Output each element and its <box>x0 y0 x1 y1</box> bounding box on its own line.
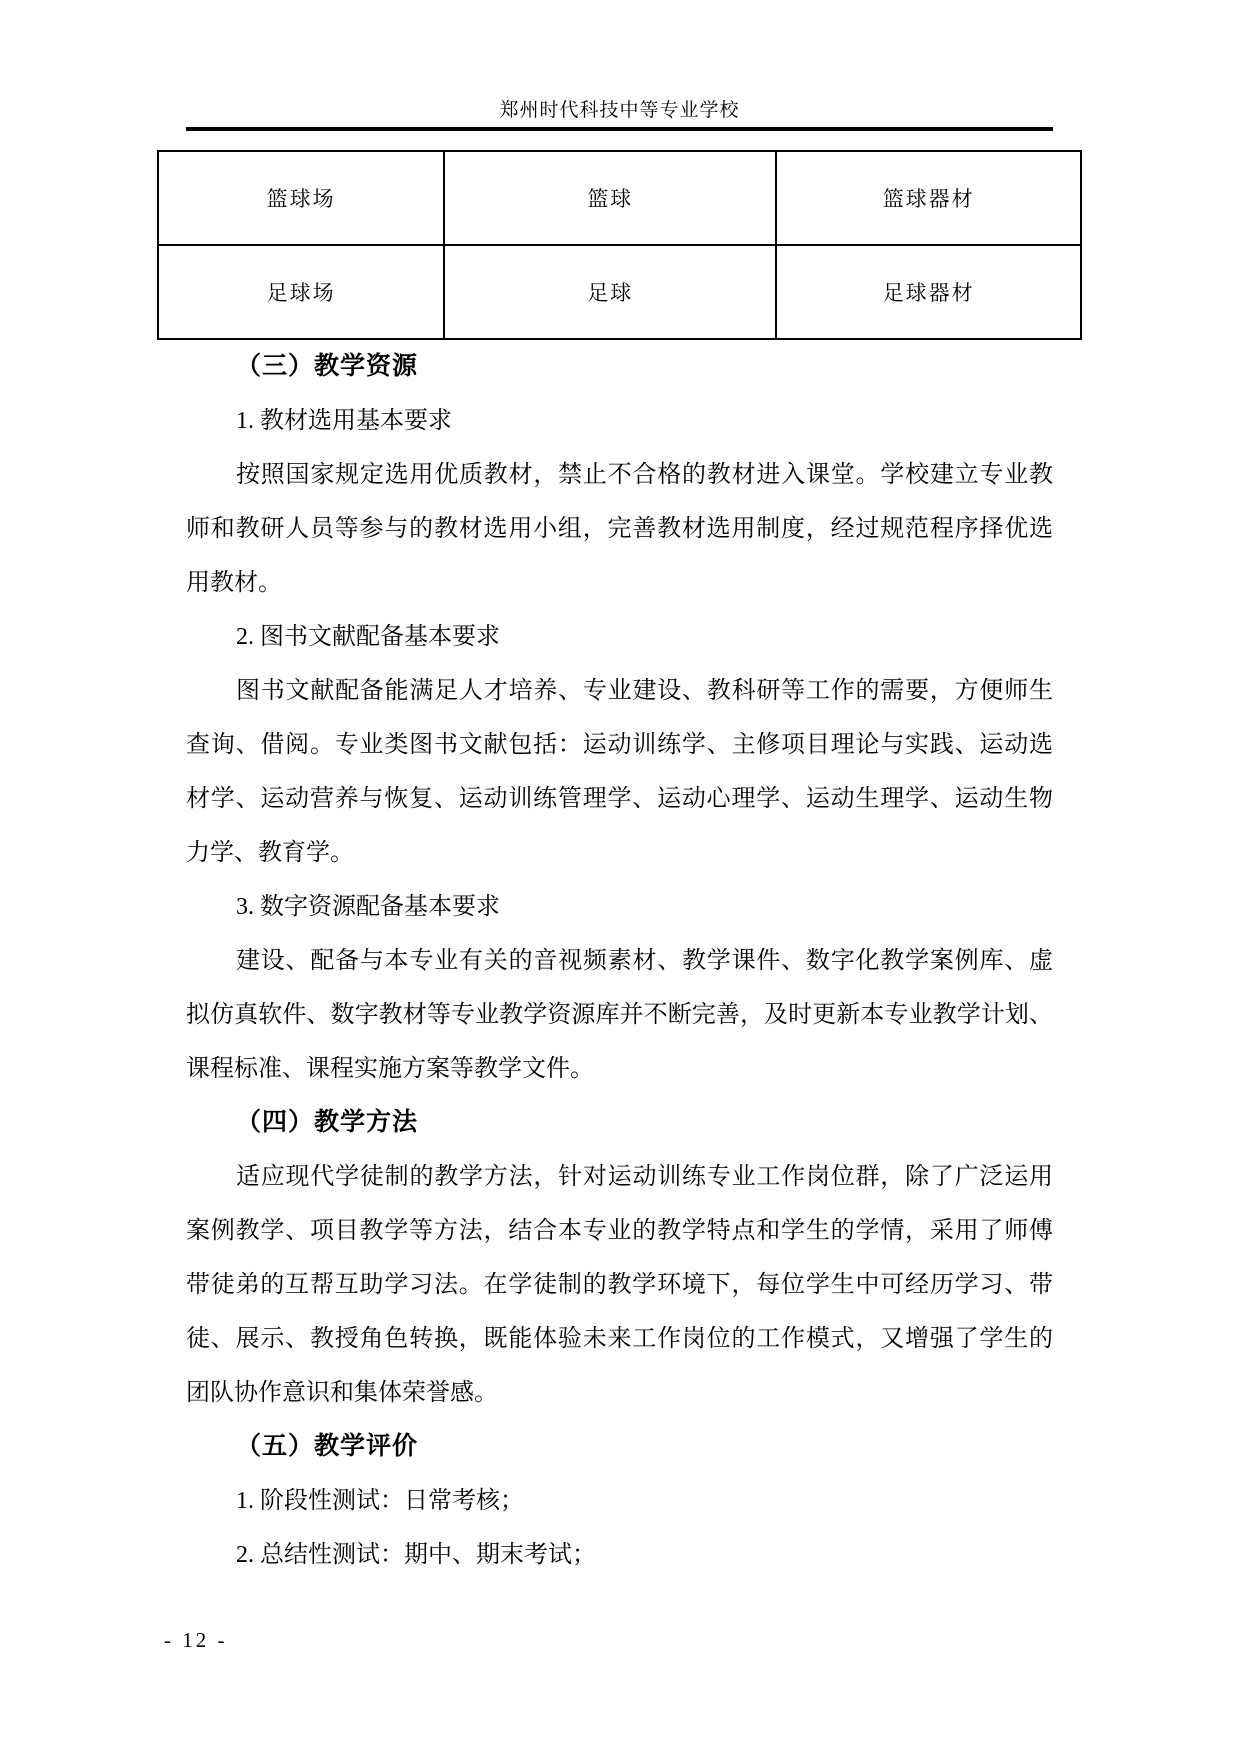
paragraph-line: 团队协作意识和集体荣誉感。 <box>186 1366 1053 1420</box>
cell-equipment: 足球器材 <box>776 245 1081 339</box>
paragraph-line: 力学、教育学。 <box>186 826 1053 880</box>
paragraph-line: 师和教研人员等参与的教材选用小组，完善教材选用制度，经过规范程序择优选 <box>186 502 1053 556</box>
document-page: 郑州时代科技中等专业学校 篮球场 篮球 篮球器材 足球场 足球 足球器材 （三）… <box>0 0 1241 1754</box>
header-rule <box>186 127 1053 131</box>
paragraph-line: 拟仿真软件、数字教材等专业教学资源库并不断完善，及时更新本专业教学计划、 <box>186 988 1053 1042</box>
paragraph-line: 查询、借阅。专业类图书文献包括：运动训练学、主修项目理论与实践、运动选 <box>186 718 1053 772</box>
paragraph-line: 案例教学、项目教学等方法，结合本专业的教学特点和学生的学情，采用了师傅 <box>186 1204 1053 1258</box>
list-item: 2. 图书文献配备基本要求 <box>186 610 1053 664</box>
header-school-name: 郑州时代科技中等专业学校 <box>186 95 1053 122</box>
paragraph-line: 图书文献配备能满足人才培养、专业建设、教科研等工作的需要，方便师生 <box>186 664 1053 718</box>
list-item: 1. 教材选用基本要求 <box>186 394 1053 448</box>
list-item: 3. 数字资源配备基本要求 <box>186 880 1053 934</box>
document-body: （三）教学资源 1. 教材选用基本要求 按照国家规定选用优质教材，禁止不合格的教… <box>186 340 1053 1582</box>
page-number: - 12 - <box>164 1628 228 1653</box>
paragraph-line: 按照国家规定选用优质教材，禁止不合格的教材进入课堂。学校建立专业教 <box>186 448 1053 502</box>
facilities-table: 篮球场 篮球 篮球器材 足球场 足球 足球器材 <box>157 150 1082 340</box>
section-heading-5: （五）教学评价 <box>186 1420 1053 1474</box>
list-item: 2. 总结性测试：期中、期末考试； <box>186 1528 1053 1582</box>
paragraph-line: 带徒弟的互帮互助学习法。在学徒制的教学环境下，每位学生中可经历学习、带 <box>186 1258 1053 1312</box>
table-row: 足球场 足球 足球器材 <box>158 245 1081 339</box>
list-item: 1. 阶段性测试：日常考核； <box>186 1474 1053 1528</box>
cell-item: 篮球 <box>444 151 776 245</box>
paragraph-line: 建设、配备与本专业有关的音视频素材、教学课件、数字化教学案例库、虚 <box>186 934 1053 988</box>
cell-venue: 足球场 <box>158 245 444 339</box>
cell-item: 足球 <box>444 245 776 339</box>
paragraph-line: 适应现代学徒制的教学方法，针对运动训练专业工作岗位群，除了广泛运用 <box>186 1150 1053 1204</box>
table-row: 篮球场 篮球 篮球器材 <box>158 151 1081 245</box>
cell-equipment: 篮球器材 <box>776 151 1081 245</box>
section-heading-3: （三）教学资源 <box>186 340 1053 394</box>
cell-venue: 篮球场 <box>158 151 444 245</box>
paragraph-line: 用教材。 <box>186 556 1053 610</box>
section-heading-4: （四）教学方法 <box>186 1096 1053 1150</box>
paragraph-line: 课程标准、课程实施方案等教学文件。 <box>186 1042 1053 1096</box>
paragraph-line: 材学、运动营养与恢复、运动训练管理学、运动心理学、运动生理学、运动生物 <box>186 772 1053 826</box>
paragraph-line: 徒、展示、教授角色转换，既能体验未来工作岗位的工作模式，又增强了学生的 <box>186 1312 1053 1366</box>
